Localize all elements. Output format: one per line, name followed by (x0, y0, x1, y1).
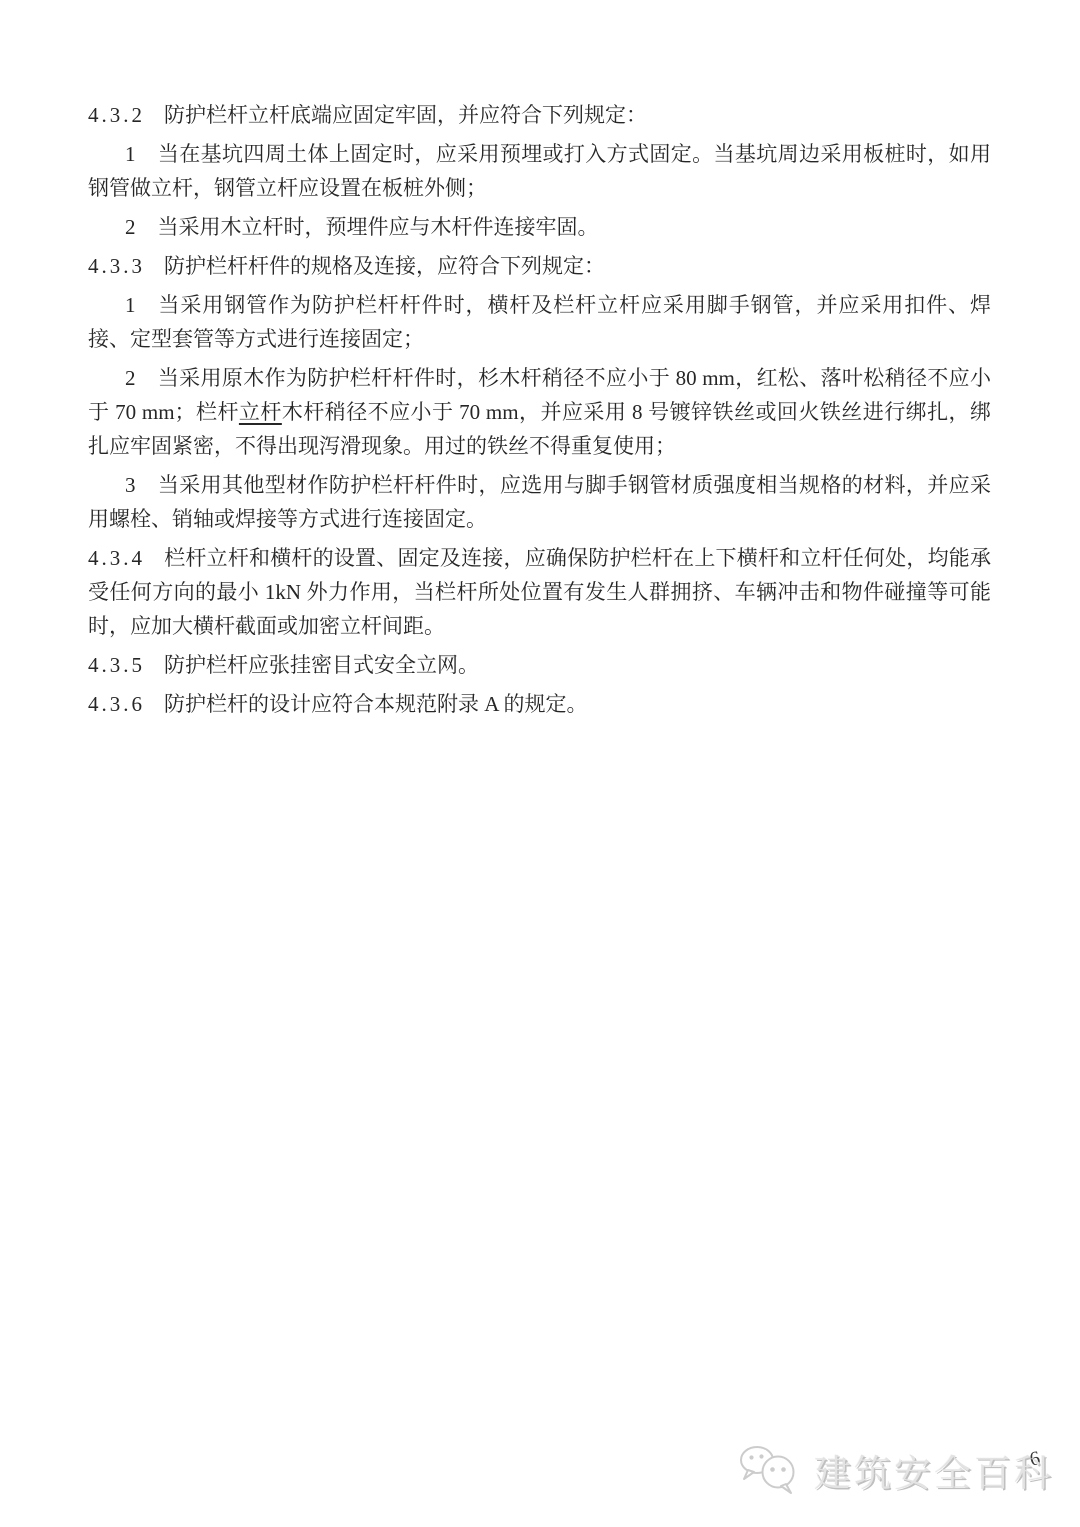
underlined-text: 立杆 (239, 400, 282, 424)
body-text: 当采用木立杆时，预埋件应与木杆件连接牢固。 (158, 215, 599, 239)
item-number: 1 (125, 293, 139, 317)
body-text: 栏杆立杆和横杆的设置、固定及连接，应确保防护栏杆在上下横杆和立杆任何处，均能承受… (88, 546, 991, 638)
clause-paragraph: 4.3.4栏杆立杆和横杆的设置、固定及连接，应确保防护栏杆在上下横杆和立杆任何处… (88, 541, 991, 643)
list-item-paragraph: 3当采用其他型材作防护栏杆杆件时，应选用与脚手钢管材质强度相当规格的材料，并应采… (88, 468, 991, 536)
body-text: 防护栏杆的设计应符合本规范附录 A 的规定。 (164, 692, 588, 716)
body-text: 防护栏杆立杆底端应固定牢固，并应符合下列规定： (164, 103, 647, 127)
item-number: 1 (125, 142, 139, 166)
clause-number: 4.3.6 (88, 692, 145, 716)
clause-number: 4.3.2 (88, 103, 145, 127)
wechat-icon (738, 1443, 804, 1497)
item-number: 2 (125, 366, 139, 390)
document-page: 4.3.2防护栏杆立杆底端应固定牢固，并应符合下列规定：1当在基坑四周土体上固定… (0, 0, 1080, 1527)
list-item-paragraph: 1当采用钢管作为防护栏杆杆件时，横杆及栏杆立杆应采用脚手钢管，并应采用扣件、焊接… (88, 288, 991, 356)
body-text: 防护栏杆应张挂密目式安全立网。 (164, 653, 479, 677)
clause-number: 4.3.3 (88, 254, 145, 278)
watermark-text: 建筑安全百科 (814, 1443, 1054, 1497)
body-text: 防护栏杆杆件的规格及连接，应符合下列规定： (164, 254, 605, 278)
body-text: 当采用其他型材作防护栏杆杆件时，应选用与脚手钢管材质强度相当规格的材料，并应采用… (88, 473, 991, 531)
body-text: 当采用钢管作为防护栏杆杆件时，横杆及栏杆立杆应采用脚手钢管，并应采用扣件、焊接、… (88, 293, 991, 351)
item-number: 2 (125, 215, 139, 239)
clause-paragraph: 4.3.6防护栏杆的设计应符合本规范附录 A 的规定。 (88, 687, 991, 721)
watermark: 建筑安全百科 (738, 1443, 1054, 1497)
clause-paragraph: 4.3.3防护栏杆杆件的规格及连接，应符合下列规定： (88, 249, 991, 283)
clause-number: 4.3.5 (88, 653, 145, 677)
document-body: 4.3.2防护栏杆立杆底端应固定牢固，并应符合下列规定：1当在基坑四周土体上固定… (88, 98, 991, 726)
list-item-paragraph: 2当采用木立杆时，预埋件应与木杆件连接牢固。 (88, 210, 991, 244)
clause-paragraph: 4.3.2防护栏杆立杆底端应固定牢固，并应符合下列规定： (88, 98, 991, 132)
list-item-paragraph: 2当采用原木作为防护栏杆杆件时，杉木杆稍径不应小于 80 mm，红松、落叶松稍径… (88, 361, 991, 463)
clause-number: 4.3.4 (88, 546, 145, 570)
item-number: 3 (125, 473, 139, 497)
body-text: 当在基坑四周土体上固定时，应采用预埋或打入方式固定。当基坑周边采用板桩时，如用钢… (88, 142, 991, 200)
list-item-paragraph: 1当在基坑四周土体上固定时，应采用预埋或打入方式固定。当基坑周边采用板桩时，如用… (88, 137, 991, 205)
clause-paragraph: 4.3.5防护栏杆应张挂密目式安全立网。 (88, 648, 991, 682)
